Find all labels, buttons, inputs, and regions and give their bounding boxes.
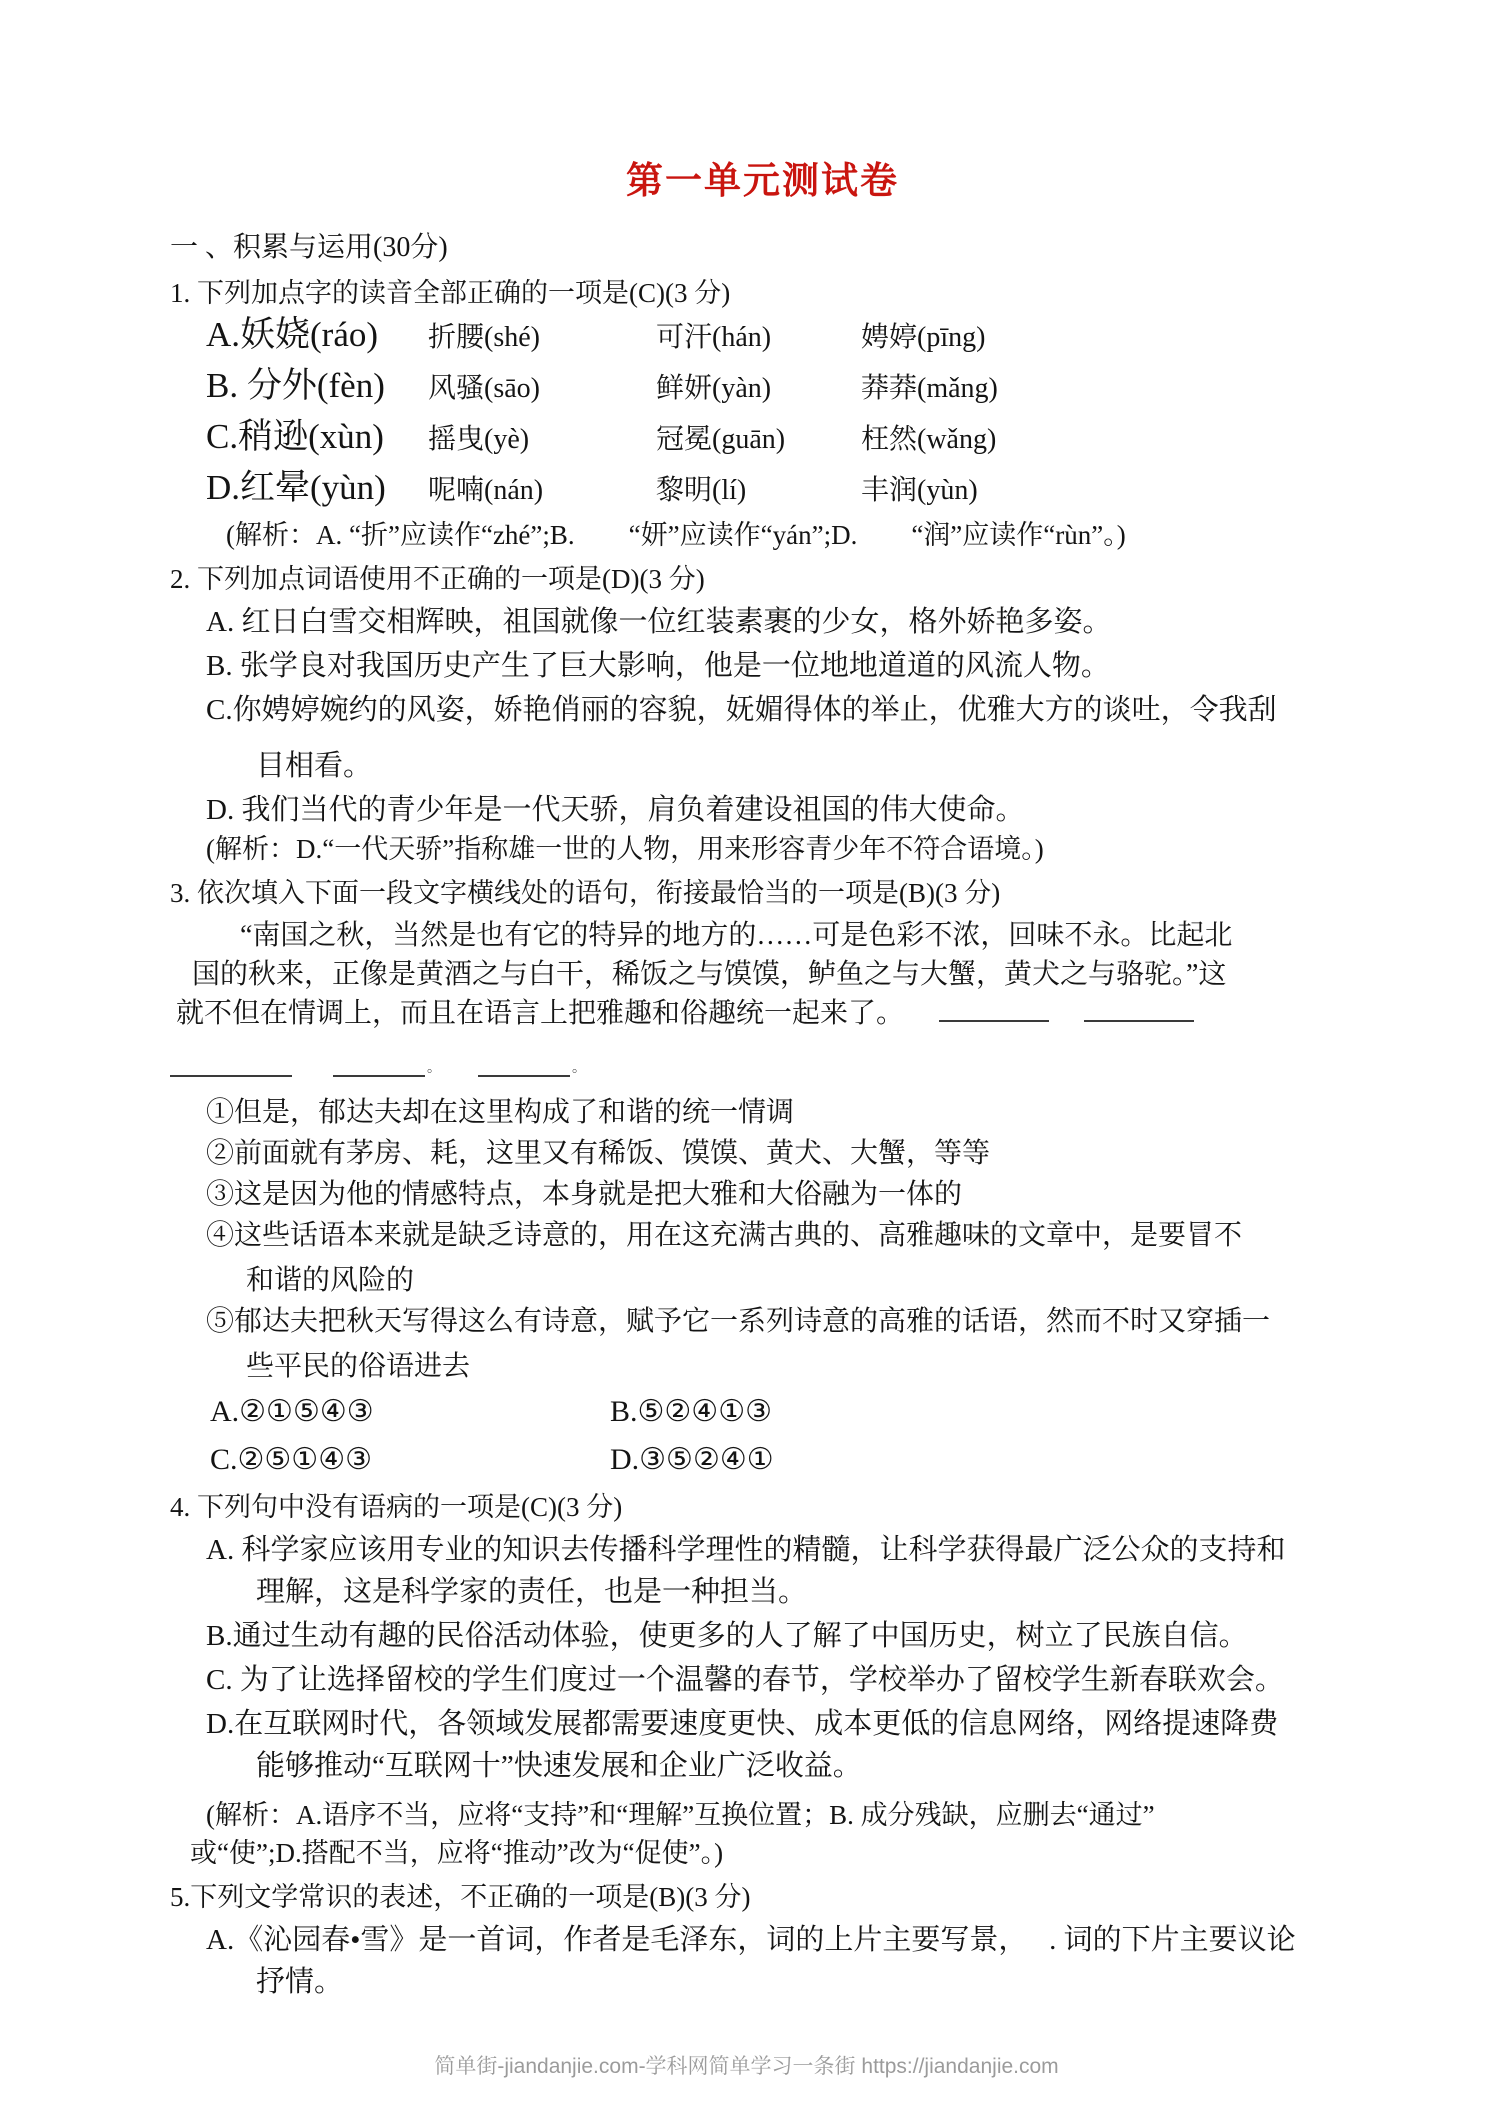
- q3-choice-d: D.③⑤②④①: [610, 1438, 1355, 1482]
- q4-option-a-line1: A. 科学家应该用专业的知识去传播科学理性的精髓，让科学获得最广泛公众的支持和: [206, 1530, 1355, 1570]
- section1-heading: 一 、积累与运用(30分): [170, 228, 1355, 268]
- watermark-footer: 简单街-jiandanjie.com-学科网简单学习一条街 https://ji…: [0, 2050, 1493, 2080]
- q1-row-d-word1: D.红晕(yùn): [206, 467, 428, 509]
- page-title: 第一单元测试卷: [170, 150, 1355, 204]
- q3-passage-line1: “南国之秋，当然是也有它的特异的地方的……可是色彩不浓，回味不永。比起北: [240, 916, 1355, 955]
- q3-passage-line3-text: 就不但在情调上，而且在语言上把雅趣和俗趣统一起来了。: [176, 998, 904, 1029]
- q1-row-c-word3: 冠冕(guān): [656, 419, 861, 461]
- q4-analysis-line1: (解析：A.语序不当，应将“支持”和“理解”互换位置；B. 成分残缺，应删去“通…: [206, 1796, 1355, 1834]
- q3-sentence-5-line2: 些平民的俗语进去: [246, 1347, 1355, 1386]
- q2-option-d: D. 我们当代的青少年是一代天骄，肩负着建设祖国的伟大使命。: [206, 790, 1355, 830]
- q1-row-a-word1: A.妖娆(ráo): [206, 314, 428, 356]
- q3-sentence-4-line1: ④这些话语本来就是缺乏诗意的，用在这充满古典的、高雅趣味的文章中，是要冒不: [206, 1216, 1355, 1255]
- q2-option-c-line2: 目相看。: [256, 746, 1355, 786]
- q4-analysis-line2: 或“使”;D.搭配不当，应将“推动”改为“促使”。): [190, 1834, 1355, 1872]
- q3-sentence-4-line2: 和谐的风险的: [246, 1261, 1355, 1300]
- q3-blank-2: [1084, 996, 1194, 1022]
- q3-blank-3: [170, 1051, 292, 1077]
- q4-option-c: C. 为了让选择留校的学生们度过一个温馨的春节，学校举办了留校学生新春联欢会。: [206, 1660, 1355, 1700]
- q3-sentence-5-line1: ⑤郁达夫把秋天写得这么有诗意，赋予它一系列诗意的高雅的话语，然而不时又穿插一: [206, 1302, 1355, 1341]
- q4-option-d-line1: D.在互联网时代，各领域发展都需要速度更快、成本更低的信息网络，网络提速降费: [206, 1704, 1355, 1744]
- q4-stem: 4. 下列句中没有语病的一项是(C)(3 分): [170, 1488, 1355, 1526]
- q3-passage-line2: 国的秋来，正像是黄酒之与白干，稀饭之与馍馍，鲈鱼之与大蟹，黄犬之与骆驼。”这: [192, 955, 1355, 994]
- q1-row-c-word4: 枉然(wǎng): [861, 419, 1355, 461]
- q3-blank-1: [939, 996, 1049, 1022]
- q3-choice-a: A.②①⑤④③: [210, 1390, 610, 1434]
- q1-row-a-word3: 可汗(hán): [656, 317, 861, 359]
- q1-row-a-word4: 娉婷(pīng): [861, 317, 1355, 359]
- q2-option-c-line1: C.你娉婷婉约的风姿，娇艳俏丽的容貌，妩媚得体的举止，优雅大方的谈吐，令我刮: [206, 690, 1355, 730]
- q1-row-d-word4: 丰润(yùn): [861, 470, 1355, 512]
- q3-blank-5-mark: 。: [572, 1061, 586, 1076]
- q2-option-a: A. 红日白雪交相辉映，祖国就像一位红装素裹的少女，格外娇艳多姿。: [206, 602, 1355, 642]
- q1-analysis: (解析：A. “折”应读作“zhé”;B. “妍”应读作“yán”;D. “润”…: [226, 516, 1355, 554]
- q1-row-b-word4: 莽莽(mǎng): [861, 368, 1355, 410]
- q3-choices-row2: C.②⑤①④③ D.③⑤②④①: [210, 1438, 1355, 1482]
- q2-analysis: (解析：D.“一代天骄”指称雄一世的人物，用来形容青少年不符合语境。): [206, 830, 1355, 868]
- q1-row-d-word2: 呢喃(nán): [428, 470, 656, 512]
- q1-row-b-word3: 鲜妍(yàn): [656, 368, 861, 410]
- q3-sentence-1: ①但是，郁达夫却在这里构成了和谐的统一情调: [206, 1093, 1355, 1132]
- q1-row-a-word2: 折腰(shé): [428, 317, 656, 359]
- q4-option-a-line2: 理解，这是科学家的责任，也是一种担当。: [256, 1572, 1355, 1612]
- q1-stem: 1. 下列加点字的读音全部正确的一项是(C)(3 分): [170, 274, 1355, 312]
- q2-stem: 2. 下列加点词语使用不正确的一项是(D)(3 分): [170, 560, 1355, 598]
- q4-option-d-line2: 能够推动“互联网十”快速发展和企业广泛收益。: [256, 1746, 1355, 1786]
- q3-sentence-2: ②前面就有茅房、耗，这里又有稀饭、馍馍、黄犬、大蟹，等等: [206, 1134, 1355, 1173]
- q5-option-a-line2: 抒情。: [256, 1962, 1355, 2002]
- q3-choice-b: B.⑤②④①③: [610, 1390, 1355, 1434]
- q3-passage-line3: 就不但在情调上，而且在语言上把雅趣和俗趣统一起来了。: [176, 994, 1355, 1033]
- q2-option-b: B. 张学良对我国历史产生了巨大影响，他是一位地地道道的风流人物。: [206, 646, 1355, 686]
- q3-sentence-3: ③这是因为他的情感特点，本身就是把大雅和大俗融为一体的: [206, 1175, 1355, 1214]
- q5-stem: 5.下列文学常识的表述，不正确的一项是(B)(3 分): [170, 1878, 1355, 1916]
- test-paper: 第一单元测试卷 一 、积累与运用(30分) 1. 下列加点字的读音全部正确的一项…: [170, 150, 1355, 2002]
- q3-choices-row1: A.②①⑤④③ B.⑤②④①③: [210, 1390, 1355, 1434]
- q5-option-a-line1: A.《沁园春•雪》是一首词，作者是毛泽东，词的上片主要写景， . 词的下片主要议…: [206, 1920, 1355, 1960]
- q1-row-b-word1: B. 分外(fèn): [206, 365, 428, 407]
- q1-row-c-word2: 摇曳(yè): [428, 419, 656, 461]
- q3-choice-c: C.②⑤①④③: [210, 1438, 610, 1482]
- q1-row-d-word3: 黎明(lí): [656, 470, 861, 512]
- q3-blank-4: [333, 1051, 425, 1077]
- q3-blank-4-mark: 。: [427, 1061, 441, 1076]
- q1-row-c-word1: C.稍逊(xùn): [206, 416, 428, 458]
- q3-blank-5: [478, 1051, 570, 1077]
- q3-stem: 3. 依次填入下面一段文字横线处的语句，衔接最恰当的一项是(B)(3 分): [170, 874, 1355, 912]
- q4-option-b: B.通过生动有趣的民俗活动体验，使更多的人了解了中国历史，树立了民族自信。: [206, 1616, 1355, 1656]
- q1-row-b-word2: 风骚(sāo): [428, 368, 656, 410]
- q3-blank-line: 。 。: [170, 1051, 1355, 1087]
- q1-option-table: A.妖娆(ráo) 折腰(shé) 可汗(hán) 娉婷(pīng) B. 分外…: [206, 314, 1355, 512]
